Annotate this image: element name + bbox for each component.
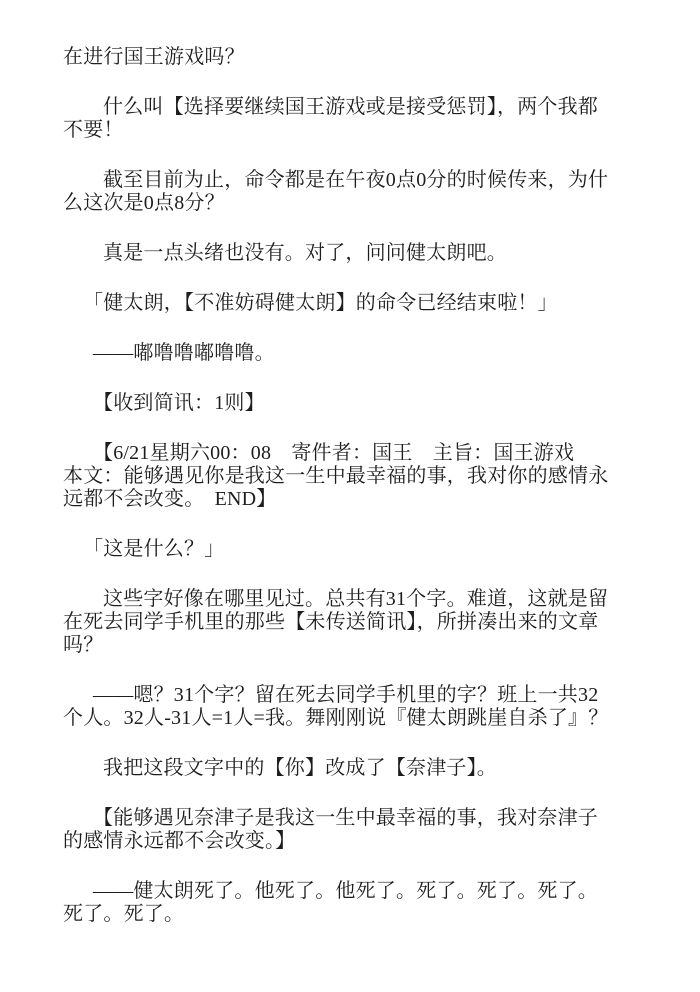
- paragraph: 在进行国王游戏吗？: [63, 46, 650, 69]
- paragraph: ——嗯？31个字？留在死去同学手机里的字？班上一共32 个人。32人-31人=1…: [63, 684, 650, 730]
- document-page: 在进行国王游戏吗？ 什么叫【选择要继续国王游戏或是接受惩罚】，两个我都 不要！ …: [0, 0, 700, 992]
- text-line: 「健太朗，【不准妨碍健太朗】的命令已经结束啦！」: [63, 292, 650, 315]
- text-line: ——嗯？31个字？留在死去同学手机里的字？班上一共32: [63, 684, 650, 707]
- paragraph: 真是一点头绪也没有。对了，问问健太朗吧。: [63, 242, 650, 265]
- text-line: 的感情永远都不会改变。】: [63, 830, 650, 853]
- paragraph: 【收到简讯：1则】: [63, 392, 650, 415]
- paragraph: 【6/21星期六00：08 寄件者：国王 主旨：国王游戏 本文：能够遇见你是我这…: [63, 442, 650, 511]
- text-line: 【收到简讯：1则】: [63, 392, 650, 415]
- text-line: 「这是什么？」: [63, 538, 650, 561]
- text-line: 【6/21星期六00：08 寄件者：国王 主旨：国王游戏: [63, 442, 650, 465]
- text-line: 么这次是0点8分？: [63, 192, 650, 215]
- text-line: 【能够遇见奈津子是我这一生中最幸福的事，我对奈津子: [63, 807, 650, 830]
- paragraph: ——健太朗死了。他死了。他死了。死了。死了。死了。 死了。死了。: [63, 880, 650, 926]
- text-line: 远都不会改变。 END】: [63, 488, 650, 511]
- text-line: 死了。死了。: [63, 903, 650, 926]
- text-line: 截至目前为止，命令都是在午夜0点0分的时候传来，为什: [63, 169, 650, 192]
- paragraph: 这些字好像在哪里见过。总共有31个字。难道，这就是留 在死去同学手机里的那些【未…: [63, 588, 650, 657]
- text-line: 这些字好像在哪里见过。总共有31个字。难道，这就是留: [63, 588, 650, 611]
- text-line: 什么叫【选择要继续国王游戏或是接受惩罚】，两个我都: [63, 96, 650, 119]
- text-line: 吗？: [63, 634, 650, 657]
- text-line: 在进行国王游戏吗？: [63, 46, 650, 69]
- text-line: ——健太朗死了。他死了。他死了。死了。死了。死了。: [63, 880, 650, 903]
- paragraph: 「这是什么？」: [63, 538, 650, 561]
- paragraph: 「健太朗，【不准妨碍健太朗】的命令已经结束啦！」: [63, 292, 650, 315]
- paragraph: ——嘟噜噜嘟噜噜。: [63, 342, 650, 365]
- text-line: 本文：能够遇见你是我这一生中最幸福的事，我对你的感情永: [63, 465, 650, 488]
- paragraph: 【能够遇见奈津子是我这一生中最幸福的事，我对奈津子 的感情永远都不会改变。】: [63, 807, 650, 853]
- text-line: 我把这段文字中的【你】改成了【奈津子】。: [63, 757, 650, 780]
- text-line: 个人。32人-31人=1人=我。舞刚刚说『健太朗跳崖自杀了』？: [63, 707, 650, 730]
- text-line: 不要！: [63, 119, 650, 142]
- paragraph: 什么叫【选择要继续国王游戏或是接受惩罚】，两个我都 不要！: [63, 96, 650, 142]
- text-line: 在死去同学手机里的那些【未传送简讯】，所拼凑出来的文章: [63, 611, 650, 634]
- paragraph: 截至目前为止，命令都是在午夜0点0分的时候传来，为什 么这次是0点8分？: [63, 169, 650, 215]
- paragraph: 我把这段文字中的【你】改成了【奈津子】。: [63, 757, 650, 780]
- text-line: 真是一点头绪也没有。对了，问问健太朗吧。: [63, 242, 650, 265]
- text-line: ——嘟噜噜嘟噜噜。: [63, 342, 650, 365]
